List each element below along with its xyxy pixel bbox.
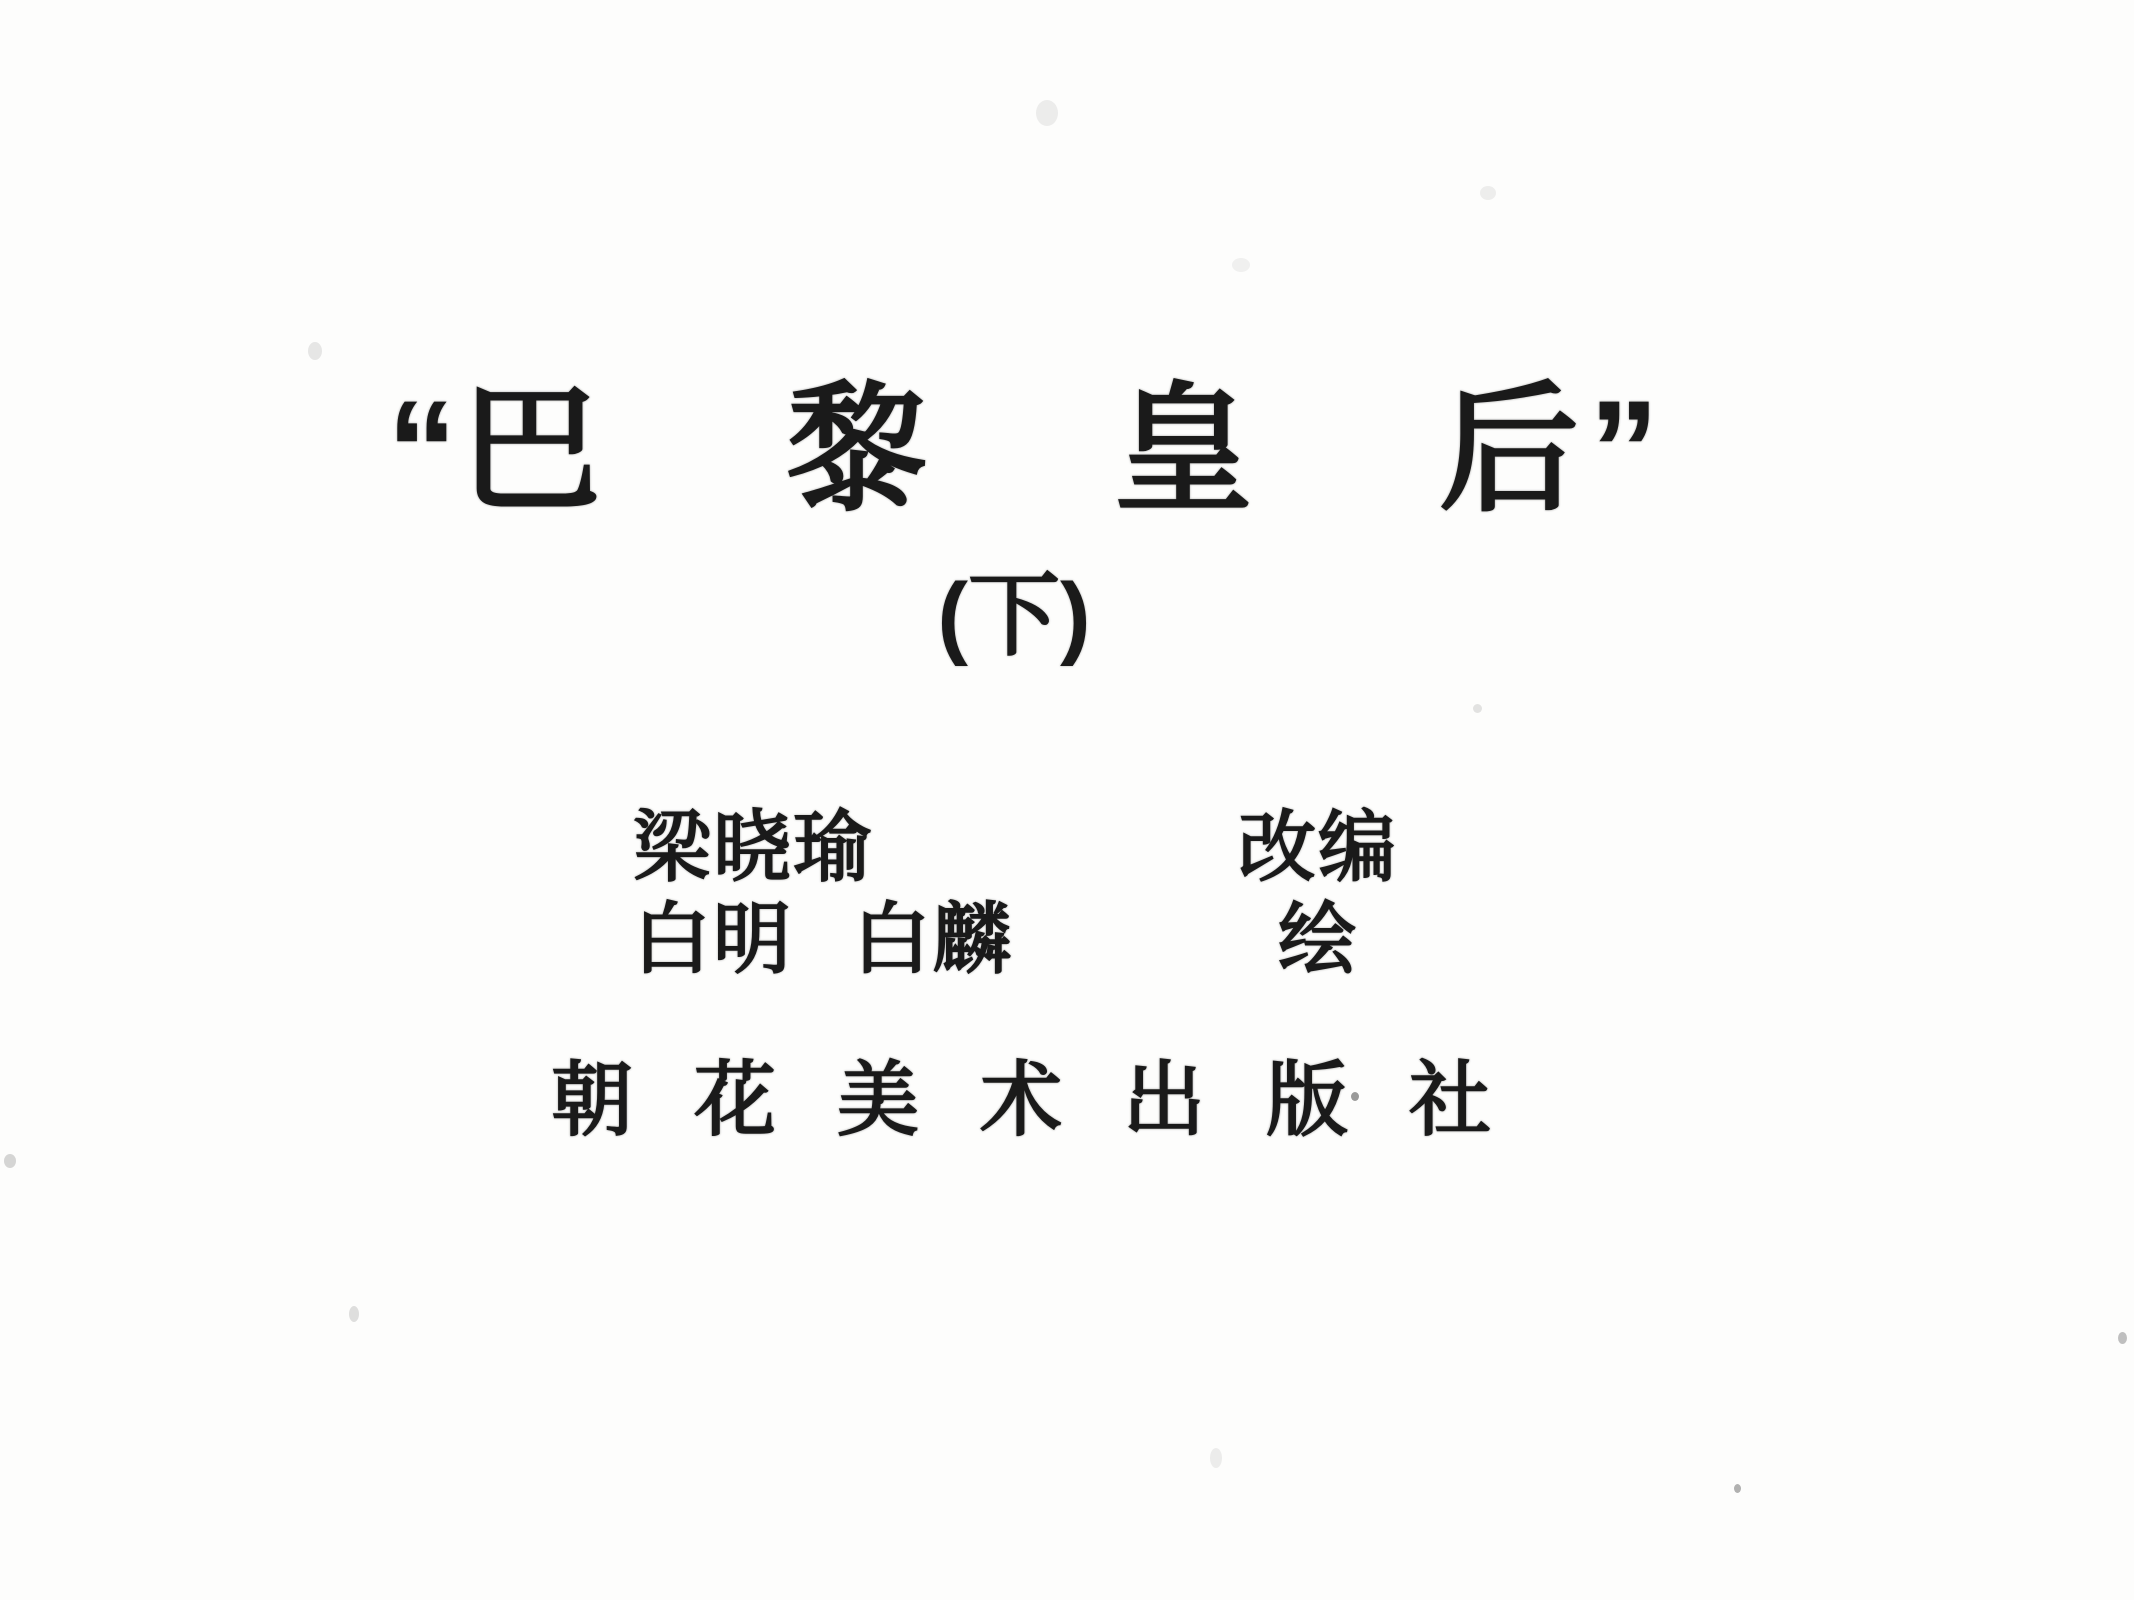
title-char-1: 巴 xyxy=(461,371,601,528)
illustrator-names: 白明 白麟 xyxy=(633,877,1232,989)
illustrator-role-label: 绘 xyxy=(1232,877,1404,989)
scan-speck xyxy=(1734,1484,1741,1493)
book-title-page: “巴黎皇后” (下) 梁晓瑜 改编 白明 白麟 绘 朝花美术出版社 xyxy=(0,0,2134,1600)
scan-speck xyxy=(1210,1448,1222,1468)
credit-row-adapter: 梁晓瑜 改编 xyxy=(633,795,1404,887)
credit-row-illustrators: 白明 白麟 绘 xyxy=(633,887,1404,979)
title-char-3: 皇 xyxy=(1113,371,1253,528)
title-char-2: 黎 xyxy=(787,371,927,528)
title-char-4: 后 xyxy=(1439,371,1579,528)
scan-speck xyxy=(349,1306,359,1322)
volume-label: (下) xyxy=(0,570,2028,662)
scan-speck xyxy=(1480,186,1496,200)
scan-speck xyxy=(1473,704,1482,713)
publisher-name: 朝花美术出版社 xyxy=(551,1056,1552,1146)
open-quote-mark: “ xyxy=(387,371,451,528)
scan-speck xyxy=(1232,258,1250,272)
credits-block: 梁晓瑜 改编 白明 白麟 绘 xyxy=(633,795,1404,979)
scan-speck xyxy=(1036,100,1058,126)
book-title: “巴黎皇后” xyxy=(0,376,2040,523)
scan-speck xyxy=(2118,1332,2127,1344)
scan-speck xyxy=(308,342,322,360)
scan-speck xyxy=(4,1154,16,1168)
close-quote-mark: ” xyxy=(1589,371,1653,528)
